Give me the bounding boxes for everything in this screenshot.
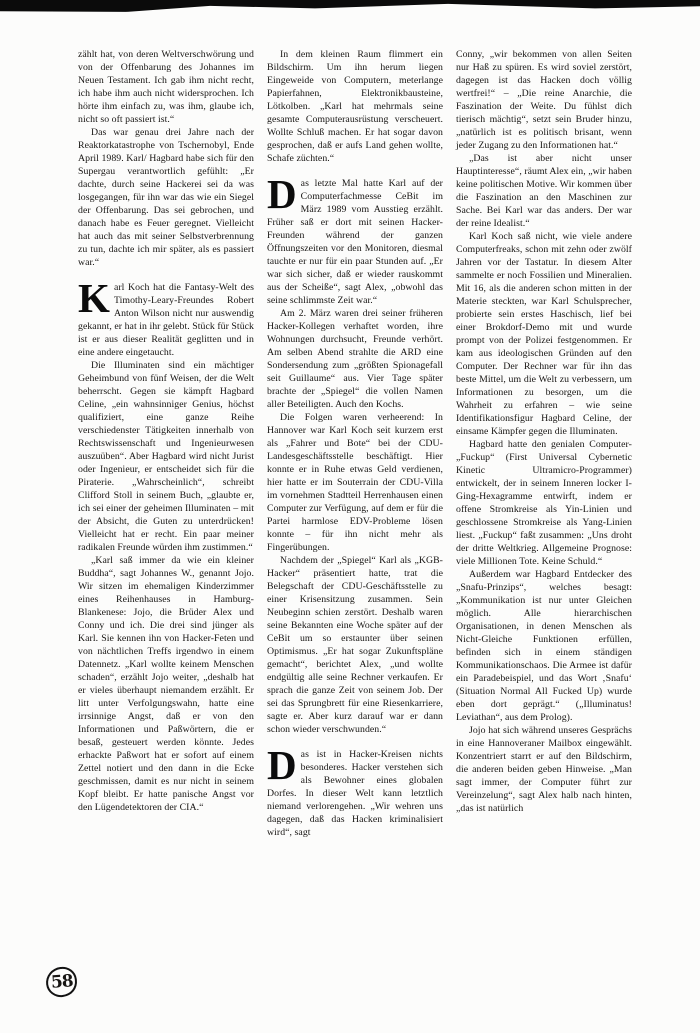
paragraph: Das war genau drei Jahre nach der Reakto…	[78, 126, 254, 269]
paragraph: Nachdem der „Spiegel“ Karl als „KGB-Hack…	[267, 554, 443, 736]
paragraph: Die Illuminaten sind ein mächtiger Gehei…	[78, 359, 254, 554]
paragraph: Jojo hat sich während unseres Gesprächs …	[456, 724, 632, 815]
paragraph: Am 2. März waren drei seiner früheren Ha…	[267, 307, 443, 411]
paragraph: „Das ist aber nicht unser Hauptinteresse…	[456, 152, 632, 230]
dropcap-letter: D	[267, 748, 301, 782]
dropcap-letter: K	[78, 281, 114, 315]
paragraph: Conny, „wir bekommen von allen Seiten nu…	[456, 48, 632, 152]
article-body: zählt hat, von deren Weltverschwörung un…	[78, 48, 634, 1008]
dropcap-letter: D	[267, 177, 301, 211]
paragraph: Außerdem war Hagbard Entdecker des „Snaf…	[456, 568, 632, 724]
text-column-3: Conny, „wir bekommen von allen Seiten nu…	[456, 48, 632, 1008]
paragraph: Karl Koch hat die Fantasy-Welt des Timot…	[78, 281, 254, 359]
paragraph: Das ist in Hacker-Kreisen nichts besonde…	[267, 748, 443, 839]
page-number-badge: 58	[44, 965, 78, 999]
page-number: 58	[50, 971, 73, 992]
paragraph: „Karl saß immer da wie ein kleiner Buddh…	[78, 554, 254, 814]
scanned-page: zählt hat, von deren Weltverschwörung un…	[0, 0, 700, 1033]
paragraph: zählt hat, von deren Weltverschwörung un…	[78, 48, 254, 126]
paragraph: Das letzte Mal hatte Karl auf der Comput…	[267, 177, 443, 307]
paragraph: In dem kleinen Raum flimmert ein Bildsch…	[267, 48, 443, 165]
paragraph: Hagbard hatte den genialen Computer-„Fuc…	[456, 438, 632, 568]
paragraph: Die Folgen waren verheerend: In Hannover…	[267, 411, 443, 554]
text-column-2: In dem kleinen Raum flimmert ein Bildsch…	[267, 48, 443, 1008]
paragraph: Karl Koch saß nicht, wie viele andere Co…	[456, 230, 632, 438]
text-column-1: zählt hat, von deren Weltverschwörung un…	[78, 48, 254, 1008]
scan-edge-artifact	[0, 0, 700, 14]
